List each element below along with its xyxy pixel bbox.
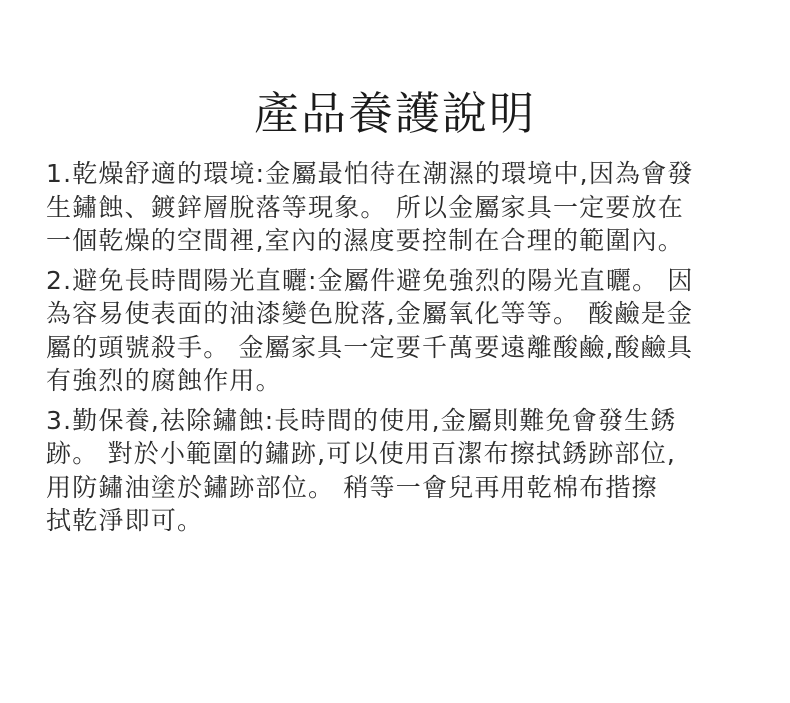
paragraph-line: 有強烈的腐蝕作用。 bbox=[46, 364, 746, 398]
paragraph-line: 2.避免長時間陽光直曬:金屬件避免強烈的陽光直曬。 因 bbox=[46, 264, 746, 298]
paragraph-line: 1.乾燥舒適的環境:金屬最怕待在潮濕的環境中,因為會發 bbox=[46, 157, 746, 191]
paragraph-line: 拭乾淨即可。 bbox=[46, 504, 746, 538]
paragraph-line: 3.勤保養,祛除鏽蝕:長時間的使用,金屬則難免會發生銹 bbox=[46, 404, 746, 438]
section-avoid-sunlight: 2.避免長時間陽光直曬:金屬件避免強烈的陽光直曬。 因 為容易使表面的油漆變色脫… bbox=[46, 264, 746, 398]
care-instructions: 1.乾燥舒適的環境:金屬最怕待在潮濕的環境中,因為會發 生鏽蝕、鍍鋅層脫落等現象… bbox=[46, 157, 746, 544]
paragraph-line: 用防鏽油塗於鏽跡部位。 稍等一會兒再用乾棉布揩擦 bbox=[46, 471, 746, 505]
paragraph-line: 屬的頭號殺手。 金屬家具一定要千萬要遠離酸鹼,酸鹼具 bbox=[46, 331, 746, 365]
paragraph-line: 生鏽蝕、鍍鋅層脫落等現象。 所以金屬家具一定要放在 bbox=[46, 191, 746, 225]
page-title: 產品養護說明 bbox=[0, 84, 790, 144]
section-remove-rust: 3.勤保養,祛除鏽蝕:長時間的使用,金屬則難免會發生銹 跡。 對於小範圍的鏽跡,… bbox=[46, 404, 746, 538]
paragraph-line: 一個乾燥的空間裡,室內的濕度要控制在合理的範圍內。 bbox=[46, 224, 746, 258]
paragraph-line: 為容易使表面的油漆變色脫落,金屬氧化等等。 酸鹼是金 bbox=[46, 297, 746, 331]
section-dry-environment: 1.乾燥舒適的環境:金屬最怕待在潮濕的環境中,因為會發 生鏽蝕、鍍鋅層脫落等現象… bbox=[46, 157, 746, 258]
paragraph-line: 跡。 對於小範圍的鏽跡,可以使用百潔布擦拭銹跡部位, bbox=[46, 437, 746, 471]
